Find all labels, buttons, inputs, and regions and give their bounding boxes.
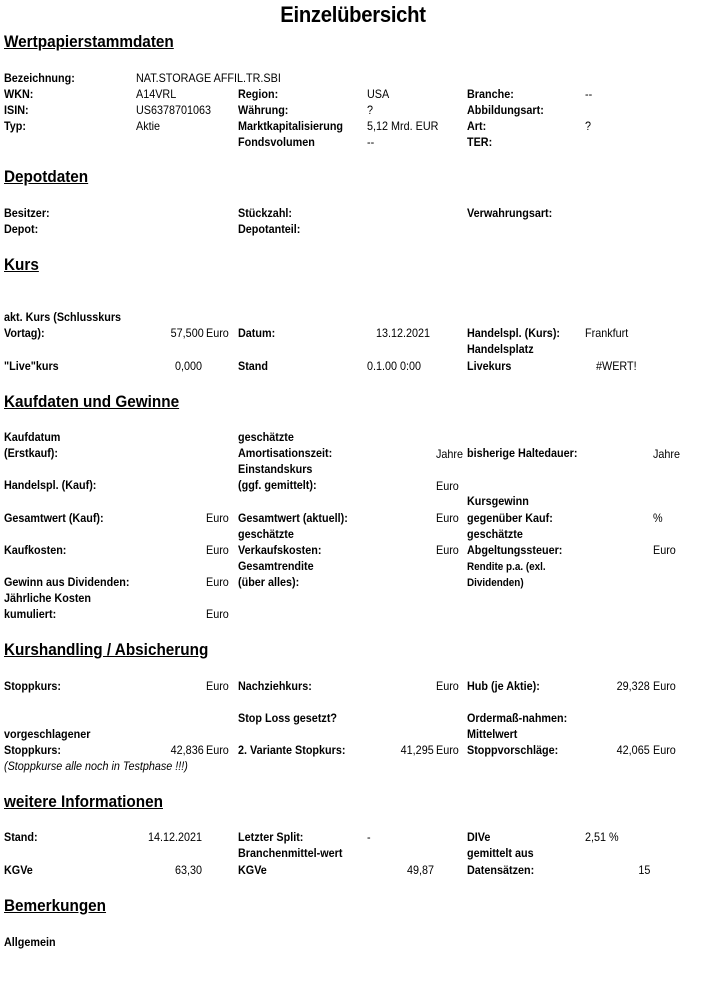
mittelwert-unit: Euro: [653, 742, 676, 758]
section-heading-stammdaten: Wertpapierstammdaten: [4, 32, 174, 52]
vorgeschlagener-stoppkurs-label-line2: Stoppkurs:: [4, 742, 61, 758]
handelspl-kauf-label: Handelspl. (Kauf):: [4, 477, 96, 493]
wkn-label: WKN:: [4, 86, 33, 102]
art-value: ?: [585, 118, 591, 134]
page-title: Einzelübersicht: [28, 2, 678, 28]
verwahrungsart-label: Verwahrungsart:: [467, 205, 552, 221]
section-heading-handling: Kurshandling / Absicherung: [4, 640, 208, 660]
section-heading-kauf: Kaufdaten und Gewinne: [4, 392, 179, 412]
letzter-split-label: Letzter Split:: [238, 829, 303, 845]
einstandskurs-unit: Euro: [436, 478, 459, 494]
kgve-label: KGVe: [4, 862, 33, 878]
gesamtrendite-label-line2: (über alles):: [238, 574, 299, 590]
jaehrliche-kosten-label-line2: kumuliert:: [4, 606, 56, 622]
handelspl-kurs-value: Frankfurt: [585, 325, 628, 341]
besitzer-label: Besitzer:: [4, 205, 50, 221]
section-heading-bemerkungen: Bemerkungen: [4, 896, 106, 916]
akt-kurs-unit: Euro: [206, 325, 229, 341]
isin-label: ISIN:: [4, 102, 29, 118]
datensaetze-label-line2: Datensätzen:: [467, 862, 534, 878]
nachziehkurs-unit: Euro: [436, 678, 459, 694]
datensaetze-label-line1: gemittelt aus: [467, 845, 534, 861]
nachziehkurs-label: Nachziehkurs:: [238, 678, 312, 694]
section-heading-kurs: Kurs: [4, 255, 39, 275]
handelsplatz-livekurs-label-line1: Handelsplatz: [467, 341, 534, 357]
stoploss-label: Stop Loss gesetzt?: [238, 710, 337, 726]
vorgeschlagener-stoppkurs-label-line1: vorgeschlagener: [4, 726, 90, 742]
livekurs-value: #WERT!: [596, 358, 637, 374]
datensaetze-value: 15: [638, 862, 650, 878]
amortisation-label-line1: geschätzte: [238, 429, 294, 445]
variante-stopkurs-value: 41,295: [401, 742, 434, 758]
section-heading-depot: Depotdaten: [4, 167, 88, 187]
hub-label: Hub (je Aktie):: [467, 678, 540, 694]
branchenmittel-kgve-value: 49,87: [407, 862, 434, 878]
marktkap-value: 5,12 Mrd. EUR: [367, 118, 438, 134]
kursgewinn-label-line2: gegenüber Kauf:: [467, 510, 553, 526]
gesamtrendite-label-line1: Gesamtrendite: [238, 558, 314, 574]
verkaufskosten-unit: Euro: [436, 542, 459, 558]
abgeltungssteuer-label-line1: geschätzte: [467, 526, 523, 542]
stoppkurs-unit: Euro: [206, 678, 229, 694]
stand-label: Stand: [238, 358, 268, 374]
hub-unit: Euro: [653, 678, 676, 694]
rendite-pa-label-line1: Rendite p.a. (exl.: [467, 559, 546, 575]
live-kurs-value: 0,000: [175, 358, 202, 374]
kaufkosten-unit: Euro: [206, 542, 229, 558]
mittelwert-value: 42,065: [617, 742, 650, 758]
handelsplatz-livekurs-label-line2: Livekurs: [467, 358, 511, 374]
depot-label: Depot:: [4, 221, 38, 237]
fondsvolumen-label: Fondsvolumen: [238, 134, 315, 150]
dive-label: DIVe: [467, 829, 490, 845]
live-kurs-label: "Live"kurs: [4, 358, 59, 374]
branche-value: --: [585, 86, 592, 102]
bezeichnung-value: NAT.STORAGE AFFIL.TR.SBI: [136, 70, 281, 86]
section-heading-weitere: weitere Informationen: [4, 792, 163, 812]
jaehrliche-kosten-label-line1: Jährliche Kosten: [4, 590, 91, 606]
kursgewinn-unit: %: [653, 510, 663, 526]
akt-kurs-label-line1: akt. Kurs (Schlusskurs: [4, 309, 121, 325]
variante-stopkurs-label: 2. Variante Stopkurs:: [238, 742, 345, 758]
typ-label: Typ:: [4, 118, 26, 134]
vorgeschlagener-stoppkurs-value: 42,836: [171, 742, 204, 758]
abgeltungssteuer-label-line2: Abgeltungssteuer:: [467, 542, 562, 558]
gesamtwert-aktuell-unit: Euro: [436, 510, 459, 526]
einstandskurs-label-line1: Einstandskurs: [238, 461, 312, 477]
stand-info-value: 14.12.2021: [148, 829, 202, 845]
gesamtwert-aktuell-label: Gesamtwert (aktuell):: [238, 510, 348, 526]
hub-value: 29,328: [617, 678, 650, 694]
handelspl-kurs-label: Handelspl. (Kurs):: [467, 325, 560, 341]
ordermassnahmen-label: Ordermaß-nahmen:: [467, 710, 567, 726]
haltedauer-unit: Jahre: [653, 446, 680, 462]
testphase-note: (Stoppkurse alle noch in Testphase !!!): [4, 758, 188, 774]
kursgewinn-label-line1: Kursgewinn: [467, 493, 529, 509]
variante-stopkurs-unit: Euro: [436, 742, 459, 758]
art-label: Art:: [467, 118, 486, 134]
dive-value: 2,51 %: [585, 829, 619, 845]
einstandskurs-label-line2: (ggf. gemittelt):: [238, 477, 317, 493]
datum-label: Datum:: [238, 325, 275, 341]
vorgeschlagener-stoppkurs-unit: Euro: [206, 742, 229, 758]
stoppkurs-label: Stoppkurs:: [4, 678, 61, 694]
gesamtwert-kauf-label: Gesamtwert (Kauf):: [4, 510, 104, 526]
branche-label: Branche:: [467, 86, 514, 102]
region-label: Region:: [238, 86, 278, 102]
ter-label: TER:: [467, 134, 492, 150]
stueckzahl-label: Stückzahl:: [238, 205, 292, 221]
amortisation-label-line2: Amortisationszeit:: [238, 445, 332, 461]
verkaufskosten-label-line2: Verkaufskosten:: [238, 542, 321, 558]
gesamtwert-kauf-unit: Euro: [206, 510, 229, 526]
abbildungsart-label: Abbildungsart:: [467, 102, 544, 118]
verkaufskosten-label-line1: geschätzte: [238, 526, 294, 542]
mittelwert-label-line1: Mittelwert: [467, 726, 517, 742]
kaufdatum-label-line2: (Erstkauf):: [4, 445, 58, 461]
wkn-value: A14VRL: [136, 86, 176, 102]
abgeltungssteuer-unit: Euro: [653, 542, 676, 558]
kgve-value: 63,30: [175, 862, 202, 878]
waehrung-label: Währung:: [238, 102, 288, 118]
rendite-pa-label-line2: Dividenden): [467, 575, 524, 591]
typ-value: Aktie: [136, 118, 160, 134]
allgemein-label: Allgemein: [4, 934, 56, 950]
waehrung-value: ?: [367, 102, 373, 118]
marktkap-label: Marktkapitalisierung: [238, 118, 343, 134]
branchenmittel-label-line1: Branchenmittel-wert: [238, 845, 342, 861]
dividenden-unit: Euro: [206, 574, 229, 590]
depotanteil-label: Depotanteil:: [238, 221, 300, 237]
bezeichnung-label: Bezeichnung:: [4, 70, 75, 86]
letzter-split-value: -: [367, 829, 371, 845]
region-value: USA: [367, 86, 389, 102]
branchenmittel-label-line2: KGVe: [238, 862, 267, 878]
haltedauer-label: bisherige Haltedauer:: [467, 445, 577, 461]
akt-kurs-label-line2: Vortag):: [4, 325, 45, 341]
akt-kurs-value: 57,500: [171, 325, 204, 341]
dividenden-label: Gewinn aus Dividenden:: [4, 574, 129, 590]
mittelwert-label-line2: Stoppvorschläge:: [467, 742, 558, 758]
amortisation-unit: Jahre: [436, 446, 463, 462]
kaufkosten-label: Kaufkosten:: [4, 542, 66, 558]
isin-value: US6378701063: [136, 102, 211, 118]
kaufdatum-label-line1: Kaufdatum: [4, 429, 60, 445]
jaehrliche-kosten-unit: Euro: [206, 606, 229, 622]
datum-value: 13.12.2021: [376, 325, 430, 341]
stand-info-label: Stand:: [4, 829, 38, 845]
stand-value: 0.1.00 0:00: [367, 358, 421, 374]
fondsvolumen-value: --: [367, 134, 374, 150]
